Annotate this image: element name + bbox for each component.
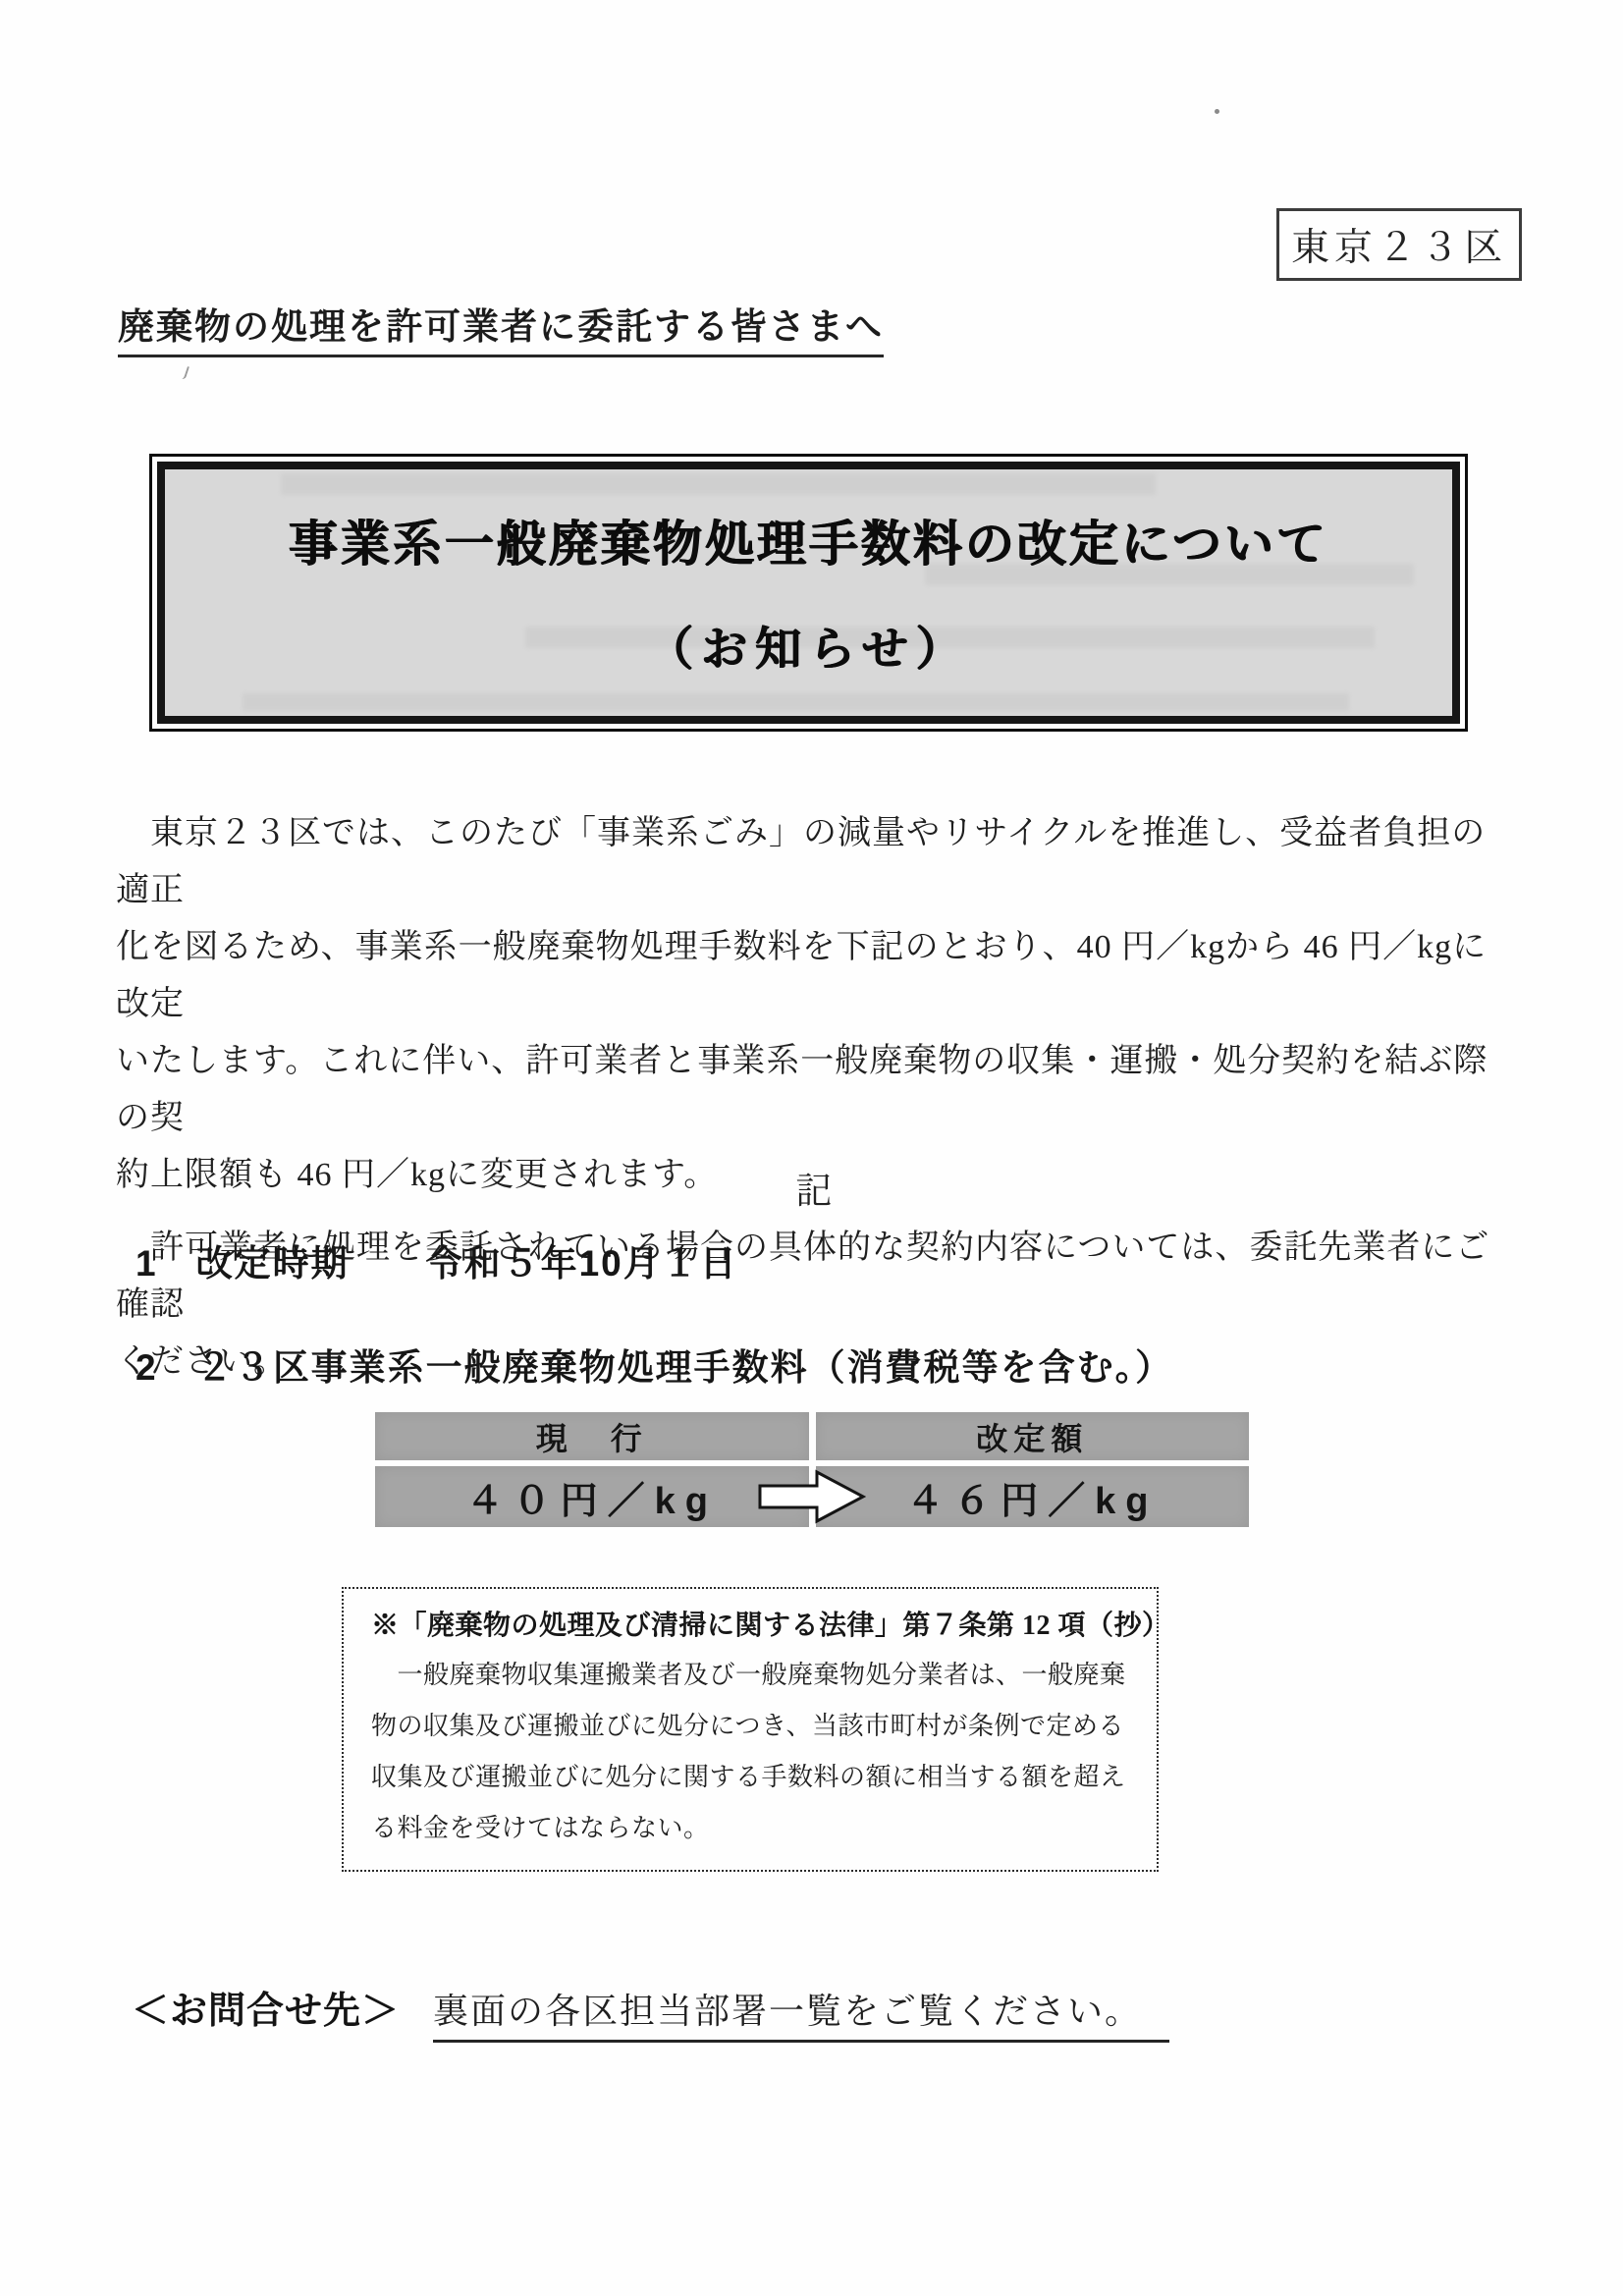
ki-marker: 記 [118, 1161, 1512, 1214]
law-excerpt-body: 一般廃棄物収集運搬業者及び一般廃棄物処分業者は、一般廃棄 物の収集及び運搬並びに… [371, 1650, 1129, 1854]
law-excerpt-title: ※「廃棄物の処理及び清掃に関する法律」第７条第 12 項（抄） [371, 1607, 1129, 1646]
bleedthrough-artifact [281, 473, 1156, 495]
fee-comparison-table: 現 行 改定額 ４０円／kg ４６円／kg [375, 1412, 1249, 1527]
right-arrow-icon [758, 1469, 866, 1524]
fee-value-revised: ４６円／kg [816, 1466, 1250, 1527]
fee-value-current: ４０円／kg [375, 1466, 809, 1527]
addressee-heading: 廃棄物の処理を許可業者に委託する皆さまへ [118, 297, 884, 357]
item-revision-date: 1 改定時期 令和５年10月１日 [135, 1233, 738, 1286]
law-excerpt-box: ※「廃棄物の処理及び清掃に関する法律」第７条第 12 項（抄） 一般廃棄物収集運… [342, 1587, 1159, 1872]
scan-artifact-dot [1215, 109, 1219, 114]
ward-corner-label-text: 東京２３区 [1291, 227, 1507, 269]
bleedthrough-artifact [243, 693, 1349, 711]
intro-paragraphs: 東京２３区では、このたび「事業系ごみ」の減量やリサイクルを推進し、受益者負担の適… [116, 805, 1518, 1391]
scan-artifact-mark [178, 364, 189, 380]
fee-header-revised: 改定額 [816, 1412, 1250, 1460]
contact-instruction: 裏面の各区担当部署一覧をご覧ください。 [433, 1984, 1169, 2043]
notice-title-box-inner: 事業系一般廃棄物処理手数料の改定について （お知らせ） [157, 462, 1460, 724]
notice-title: 事業系一般廃棄物処理手数料の改定について [289, 505, 1328, 575]
fee-table-header-row: 現 行 改定額 [375, 1412, 1249, 1460]
contact-line: ＜お問合せ先＞ 裏面の各区担当部署一覧をご覧ください。 [132, 1980, 1169, 2043]
contact-label: ＜お問合せ先＞ [132, 1980, 400, 2034]
paragraph-fee-revision: 東京２３区では、このたび「事業系ごみ」の減量やリサイクルを推進し、受益者負担の適… [116, 805, 1518, 1204]
item-fee-heading: 2 ２３区事業系一般廃棄物処理手数料（消費税等を含む。） [135, 1338, 1173, 1391]
scanned-notice-page: 東京２３区 廃棄物の処理を許可業者に委託する皆さまへ 事業系一般廃棄物処理手数料… [0, 0, 1623, 2296]
notice-subtitle: （お知らせ） [647, 613, 970, 679]
notice-title-box: 事業系一般廃棄物処理手数料の改定について （お知らせ） [149, 454, 1468, 732]
fee-header-current: 現 行 [375, 1412, 809, 1460]
ward-corner-label: 東京２３区 [1276, 208, 1522, 281]
